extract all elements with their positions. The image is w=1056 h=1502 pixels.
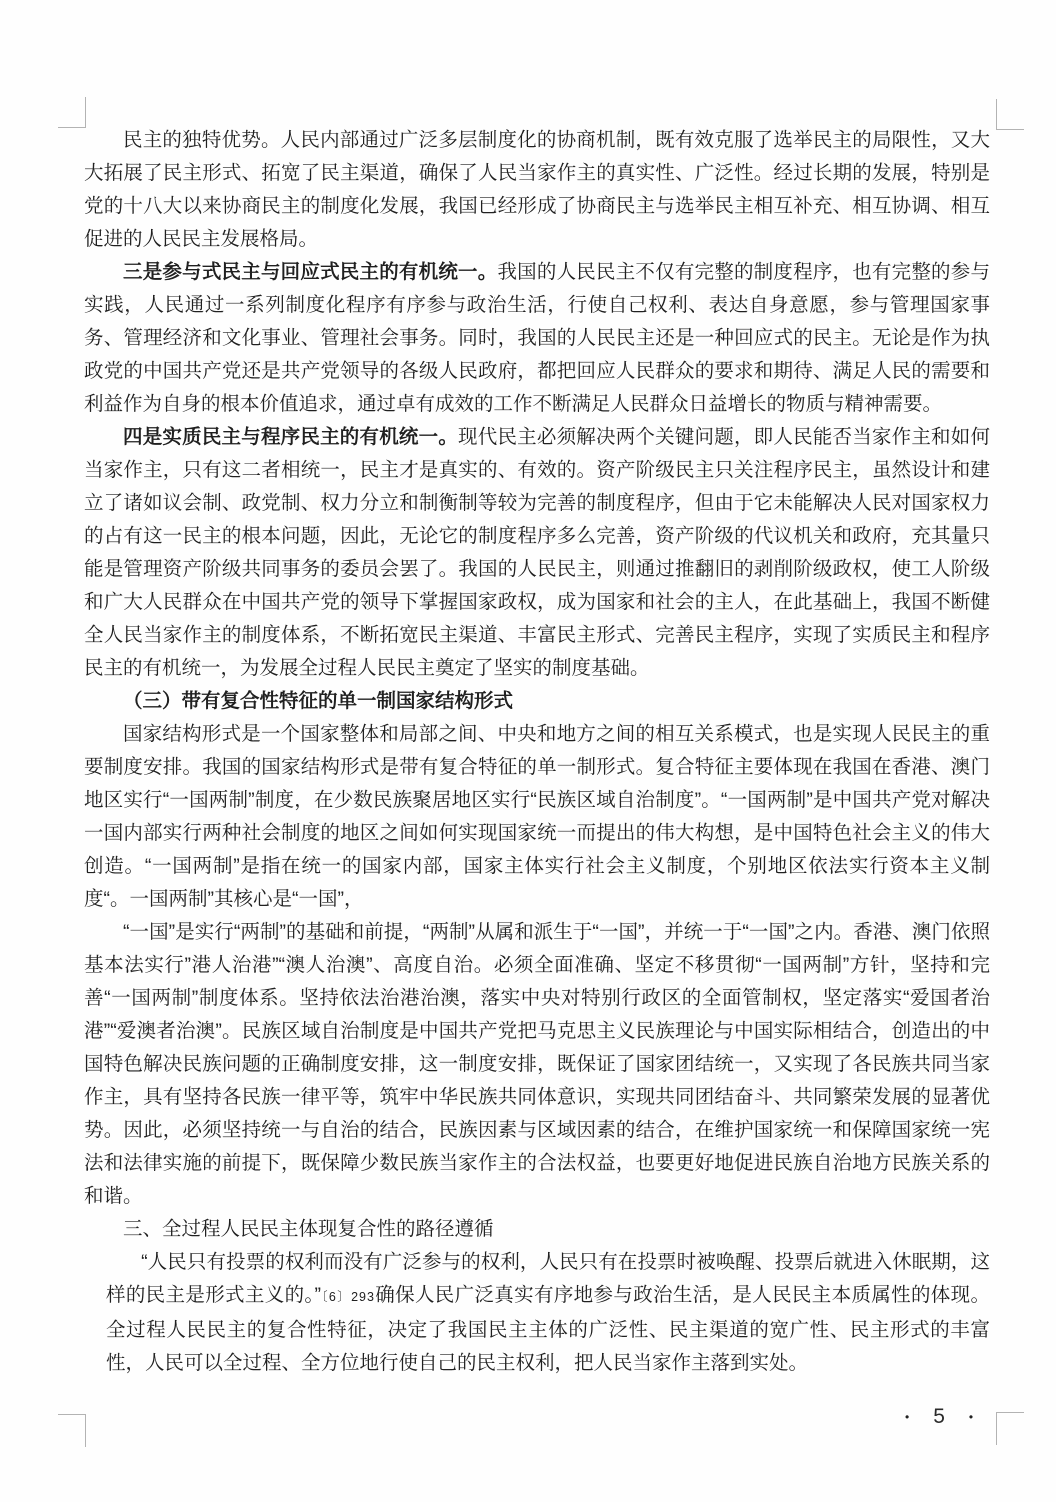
crop-mark-bottom-right-icon (996, 1412, 1024, 1445)
text-run: 现代民主必须解决两个关键问题，即人民能否当家作主和如何当家作主，只有这二者相统一… (84, 426, 990, 679)
text-run: 国家结构形式是一个国家整体和局部之间、中央和地方之间的相互关系模式，也是实现人民… (84, 723, 990, 910)
crop-mark-top-left-icon (58, 97, 86, 128)
crop-mark-top-right-icon (996, 99, 1024, 130)
text-run: 我国的人民民主不仅有完整的制度程序，也有完整的参与实践，人民通过一系列制度化程序… (84, 261, 990, 415)
text-run: “一国”是实行“两制”的基础和前提，“两制”从属和派生于“一国”，并统一于“一国… (84, 921, 990, 1207)
footer-right-dot: • (969, 1402, 973, 1432)
paragraph: 民主的独特优势。人民内部通过广泛多层制度化的协商机制，既有效克服了选举民主的局限… (84, 124, 990, 256)
subsection-heading: 三、全过程人民民主体现复合性的路径遵循 (84, 1213, 990, 1246)
paragraph: 国家结构形式是一个国家整体和局部之间、中央和地方之间的相互关系模式，也是实现人民… (84, 718, 990, 916)
page-footer: • 5 • (905, 1402, 973, 1432)
citation-marker: 〔6〕293 (321, 1290, 375, 1304)
text-run: 民主的独特优势。人民内部通过广泛多层制度化的协商机制，既有效克服了选举民主的局限… (84, 129, 990, 250)
text-run: （三）带有复合性特征的单一制国家结构形式 (123, 690, 513, 712)
page-number: 5 (933, 1402, 945, 1432)
quote-paragraph: “人民只有投票的权利而没有广泛参与的权利，人民只有在投票时被唤醒、投票后就进入休… (106, 1246, 990, 1380)
text-run: 四是实质民主与程序民主的有机统一。 (123, 426, 458, 448)
section-heading: （三）带有复合性特征的单一制国家结构形式 (84, 685, 990, 718)
footer-left-dot: • (905, 1402, 909, 1432)
paragraph: 三是参与式民主与回应式民主的有机统一。我国的人民民主不仅有完整的制度程序，也有完… (84, 256, 990, 421)
crop-mark-bottom-left-icon (58, 1414, 86, 1447)
paragraph: “一国”是实行“两制”的基础和前提，“两制”从属和派生于“一国”，并统一于“一国… (84, 916, 990, 1213)
paragraph: 四是实质民主与程序民主的有机统一。现代民主必须解决两个关键问题，即人民能否当家作… (84, 421, 990, 685)
text-run: 三、全过程人民民主体现复合性的路径遵循 (123, 1218, 494, 1240)
document-body: 民主的独特优势。人民内部通过广泛多层制度化的协商机制，既有效克服了选举民主的局限… (84, 124, 990, 1380)
document-page: 民主的独特优势。人民内部通过广泛多层制度化的协商机制，既有效克服了选举民主的局限… (0, 0, 1056, 1502)
text-run: 三是参与式民主与回应式民主的有机统一。 (123, 261, 497, 283)
